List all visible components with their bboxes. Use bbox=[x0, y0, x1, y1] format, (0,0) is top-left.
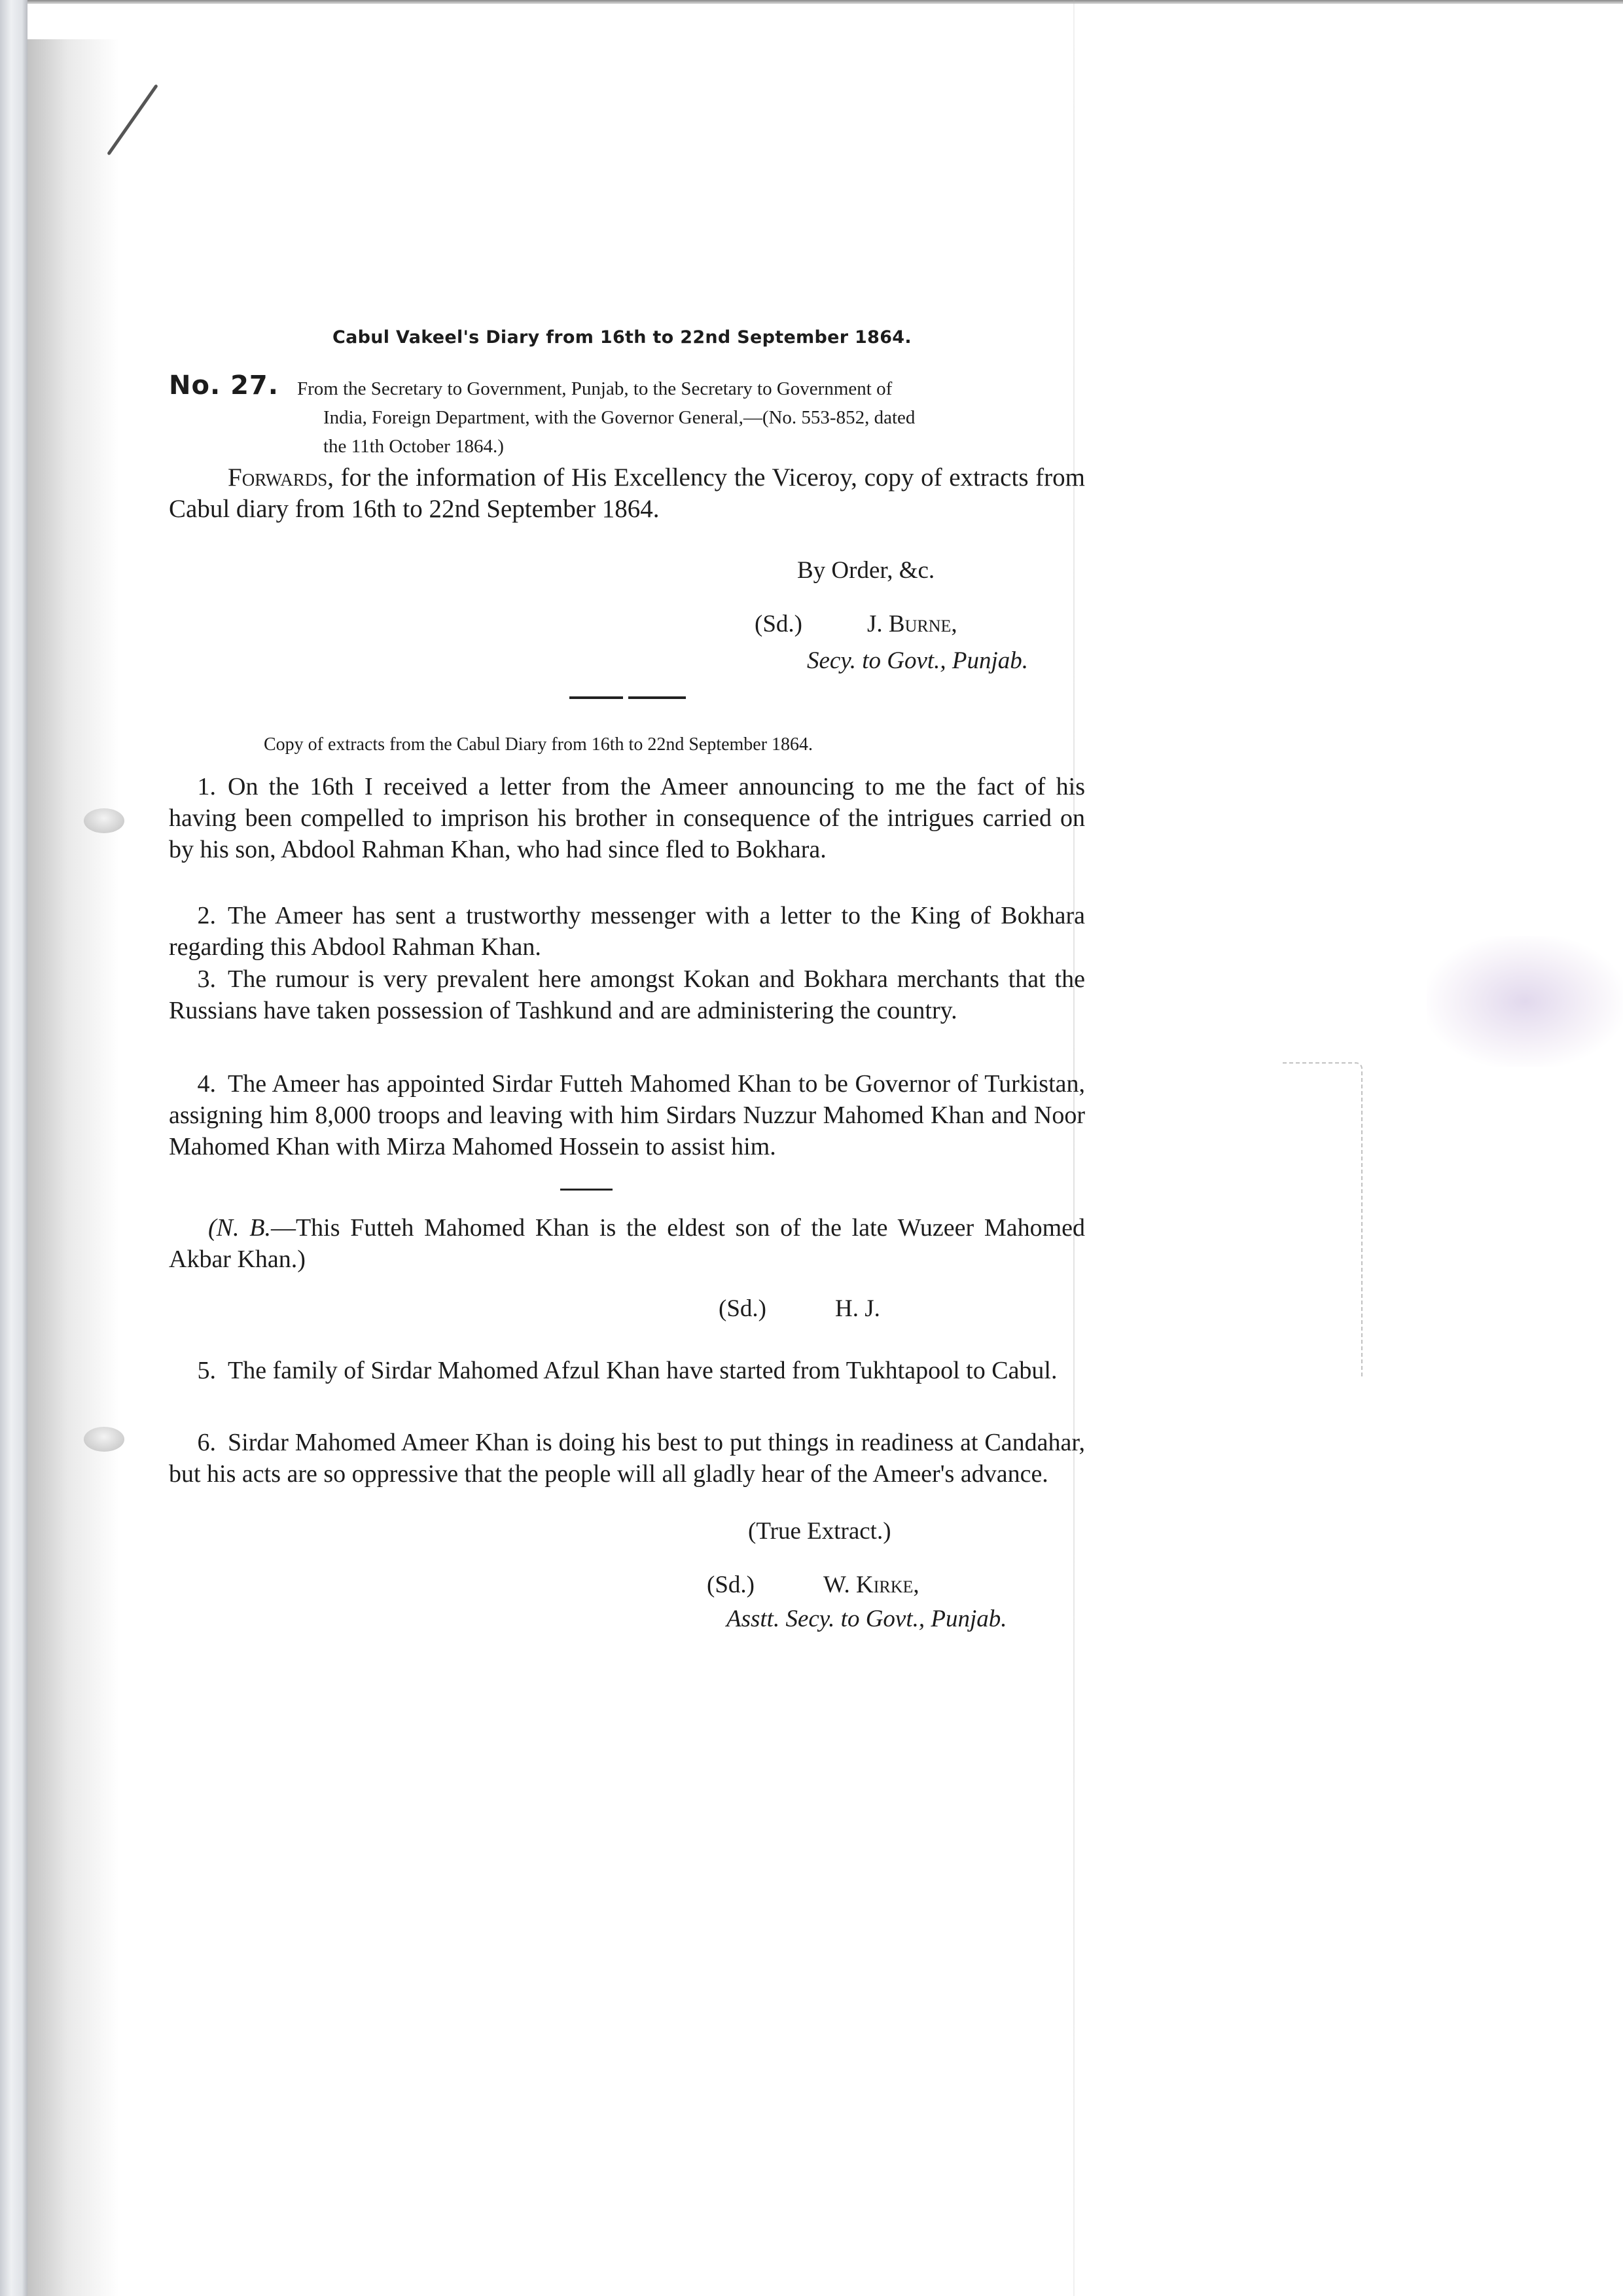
paragraph-text: On the 16th I received a letter from the… bbox=[169, 773, 1085, 863]
paragraph-number: 6. bbox=[169, 1427, 228, 1458]
paragraph-text: Sirdar Mahomed Ameer Khan is doing his b… bbox=[169, 1429, 1085, 1488]
signed-mark: (Sd.) bbox=[755, 610, 802, 638]
section-divider bbox=[628, 696, 686, 699]
page-top-edge bbox=[0, 0, 1623, 4]
section-divider bbox=[569, 696, 623, 699]
paragraph-rule bbox=[560, 1189, 613, 1191]
signed-mark: (Sd.) bbox=[719, 1295, 766, 1323]
scan-shadow bbox=[27, 39, 119, 2296]
paragraph-number: 1. bbox=[169, 771, 228, 802]
signatory-initials: H. J. bbox=[835, 1295, 880, 1323]
diary-paragraph: 4.The Ameer has appointed Sirdar Futteh … bbox=[169, 1068, 1085, 1162]
signatory-title: Secy. to Govt., Punjab. bbox=[807, 647, 1028, 675]
nota-bene-label: (N. B. bbox=[208, 1214, 271, 1242]
paragraph-text: The family of Sirdar Mahomed Afzul Khan … bbox=[228, 1357, 1058, 1384]
extract-title: Copy of extracts from the Cabul Diary fr… bbox=[264, 734, 1049, 755]
punch-hole-icon bbox=[84, 1427, 124, 1452]
binding-edge bbox=[0, 0, 27, 2296]
letter-header: From the Secretary to Government, Punjab… bbox=[297, 374, 1085, 461]
signatory-name: W. Kirke, bbox=[823, 1571, 919, 1599]
paragraph-number: 4. bbox=[169, 1068, 228, 1100]
forwards-lead: Forwards, bbox=[228, 463, 334, 492]
forwarding-paragraph: Forwards, for the information of His Exc… bbox=[169, 462, 1085, 525]
signed-mark: (Sd.) bbox=[707, 1571, 755, 1599]
letter-header-line: From the Secretary to Government, Punjab… bbox=[297, 378, 892, 399]
signatory-title: Asstt. Secy. to Govt., Punjab. bbox=[726, 1605, 1007, 1633]
letter-number: No. 27. bbox=[169, 370, 279, 401]
paragraph-text: The Ameer has appointed Sirdar Futteh Ma… bbox=[169, 1070, 1085, 1160]
diary-title: Cabul Vakeel's Diary from 16th to 22nd S… bbox=[332, 327, 921, 348]
paragraph-number: 5. bbox=[169, 1355, 228, 1386]
by-order: By Order, &c. bbox=[797, 556, 935, 584]
paper-crease bbox=[1283, 1062, 1363, 1378]
ink-stain bbox=[1427, 936, 1623, 1067]
letter-header-line: the 11th October 1864.) bbox=[297, 432, 1085, 461]
signatory-name: J. Burne, bbox=[867, 610, 957, 638]
paragraph-number: 2. bbox=[169, 900, 228, 931]
diary-paragraph: 5.The family of Sirdar Mahomed Afzul Kha… bbox=[169, 1355, 1085, 1386]
diary-paragraph: 6.Sirdar Mahomed Ameer Khan is doing his… bbox=[169, 1427, 1085, 1490]
letter-header-line: India, Foreign Department, with the Gove… bbox=[297, 403, 1085, 432]
nota-bene: (N. B.—This Futteh Mahomed Khan is the e… bbox=[169, 1212, 1085, 1275]
true-extract: (True Extract.) bbox=[748, 1517, 891, 1545]
diary-paragraph: 1.On the 16th I received a letter from t… bbox=[169, 771, 1085, 865]
punch-hole-icon bbox=[84, 808, 124, 833]
paragraph-text: The Ameer has sent a trustworthy messeng… bbox=[169, 902, 1085, 961]
diary-paragraph: 2.The Ameer has sent a trustworthy messe… bbox=[169, 900, 1085, 963]
diary-paragraph: 3.The rumour is very prevalent here amon… bbox=[169, 963, 1085, 1026]
paragraph-text: The rumour is very prevalent here amongs… bbox=[169, 965, 1085, 1024]
nota-bene-text: —This Futteh Mahomed Khan is the eldest … bbox=[169, 1214, 1085, 1273]
paragraph-number: 3. bbox=[169, 963, 228, 995]
